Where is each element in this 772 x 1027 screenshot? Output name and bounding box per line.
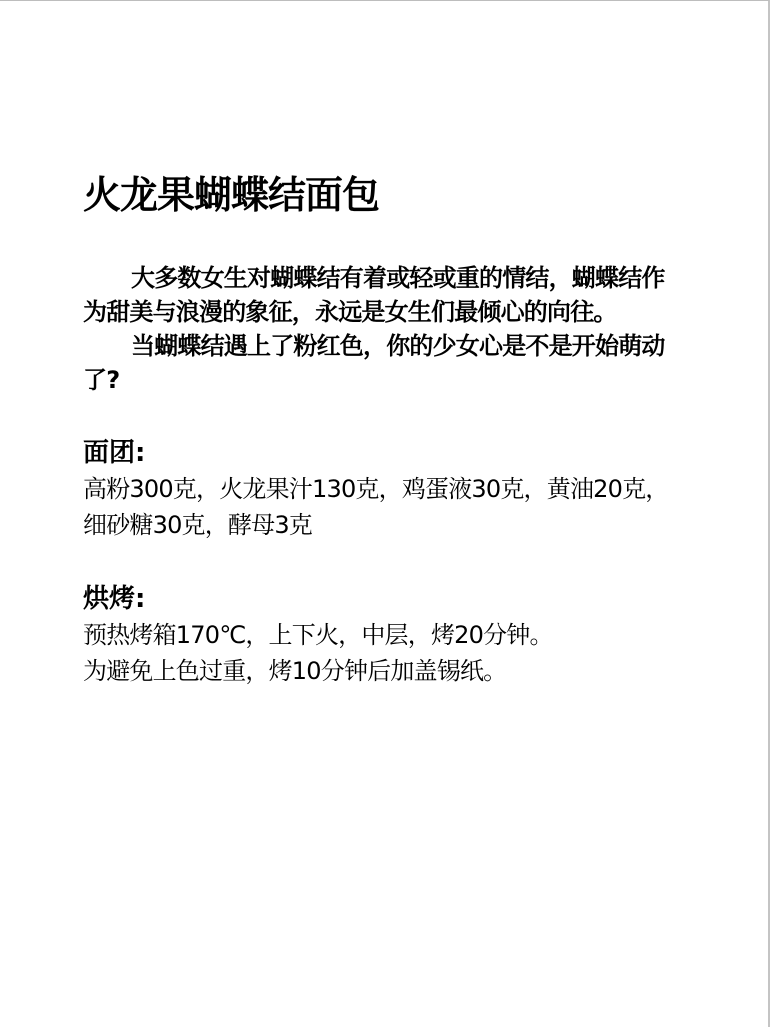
dough-section: 面团: 高粉300克，火龙果汁130克，鸡蛋液30克，黄油20克，细砂糖30克，… — [83, 435, 683, 543]
intro-paragraph: 大多数女生对蝴蝶结有着或轻或重的情结，蝴蝶结作为甜美与浪漫的象征，永远是女生们最… — [83, 261, 683, 329]
instruction-line: 为避免上色过重，烤10分钟后加盖锡纸。 — [83, 653, 683, 689]
baking-section: 烘烤: 预热烤箱170℃，上下火，中层，烤20分钟。 为避免上色过重，烤10分钟… — [83, 581, 683, 689]
instruction-line: 预热烤箱170℃，上下火，中层，烤20分钟。 — [83, 617, 683, 653]
page-title: 火龙果蝴蝶结面包 — [83, 169, 683, 221]
dough-ingredients: 高粉300克，火龙果汁130克，鸡蛋液30克，黄油20克，细砂糖30克，酵母3克 — [83, 471, 683, 543]
dough-heading: 面团: — [83, 435, 683, 471]
intro-text: 大多数女生对蝴蝶结有着或轻或重的情结，蝴蝶结作为甜美与浪漫的象征，永远是女生们最… — [83, 261, 683, 397]
document-content: 火龙果蝴蝶结面包 大多数女生对蝴蝶结有着或轻或重的情结，蝴蝶结作为甜美与浪漫的象… — [83, 169, 683, 689]
ingredients-line: 高粉300克，火龙果汁130克，鸡蛋液30克，黄油20克，细砂糖30克，酵母3克 — [83, 471, 683, 543]
baking-instructions: 预热烤箱170℃，上下火，中层，烤20分钟。 为避免上色过重，烤10分钟后加盖锡… — [83, 617, 683, 689]
document-page: 火龙果蝴蝶结面包 大多数女生对蝴蝶结有着或轻或重的情结，蝴蝶结作为甜美与浪漫的象… — [0, 0, 770, 1027]
intro-paragraph: 当蝴蝶结遇上了粉红色，你的少女心是不是开始萌动了? — [83, 329, 683, 397]
baking-heading: 烘烤: — [83, 581, 683, 617]
